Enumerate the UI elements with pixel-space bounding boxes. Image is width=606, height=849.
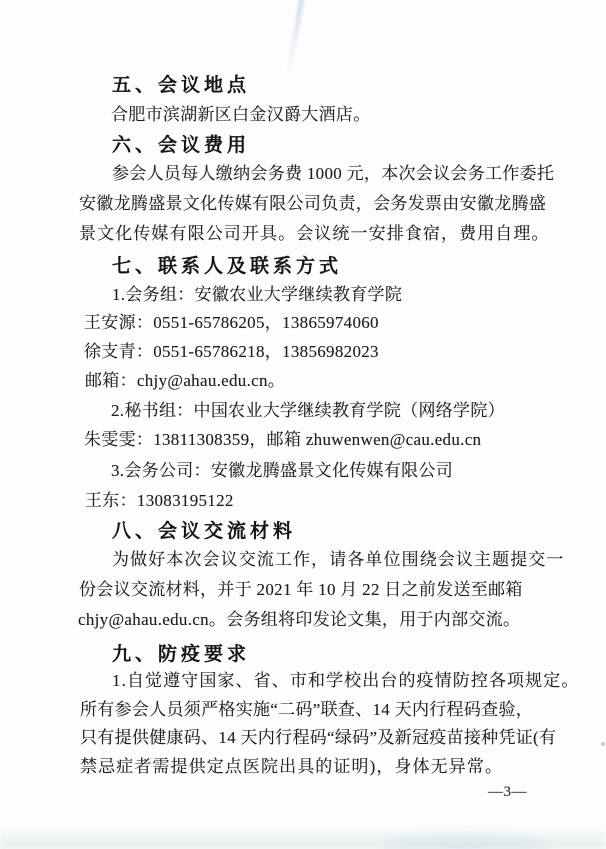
text-line: 为做好本次会议交流工作，请各单位围绕会议主题提交一 — [112, 550, 565, 570]
text-layer: 五、会议地点合肥市滨湖新区白金汉爵大酒店。六、会议费用参会人员每人缴纳会务费 1… — [0, 0, 606, 849]
text-line: 安徽龙腾盛景文化传媒有限公司负责，会务发票由安徽龙腾盛 — [79, 194, 546, 214]
text-line: 2.秘书组：中国农业大学继续教育学院（网络学院） — [111, 401, 505, 421]
section-heading: 八、会议交流材料 — [112, 522, 296, 542]
section-heading: 六、会议费用 — [112, 136, 250, 156]
document-page: 五、会议地点合肥市滨湖新区白金汉爵大酒店。六、会议费用参会人员每人缴纳会务费 1… — [0, 0, 606, 849]
scan-speck-artifact — [601, 742, 605, 746]
scan-haze-blob-artifact — [380, 835, 550, 849]
text-line: 3.会务公司：安徽龙腾盛景文化传媒有限公司 — [111, 461, 453, 481]
text-line: 王安源：0551-65786205，13865974060 — [84, 313, 379, 333]
text-line: 朱雯雯：13811308359，邮箱 zhuwenwen@cau.edu.cn — [84, 430, 481, 450]
text-line: 禁忌症者需提供定点医院出具的证明)，身体无异常。 — [80, 757, 503, 777]
text-line: 徐支青：0551-65786218，13856982023 — [84, 342, 379, 362]
text-line: 1.会务组：安徽农业大学继续教育学院 — [112, 285, 402, 305]
text-line: 1.自觉遵守国家、省、市和学校出台的疫情防控各项规定。 — [112, 671, 579, 691]
text-line: 合肥市滨湖新区白金汉爵大酒店。 — [111, 105, 371, 125]
text-line: 景文化传媒有限公司开具。会议统一安排食宿，费用自理。 — [79, 224, 550, 244]
text-line: 邮箱：chjy@ahau.edu.cn。 — [85, 371, 285, 391]
text-line: 王东：13083195122 — [85, 491, 234, 511]
section-heading: 七、联系人及联系方式 — [112, 257, 342, 277]
text-line: 只有提供健康码、14 天内行程码“绿码”及新冠疫苗接种凭证(有 — [80, 728, 556, 748]
section-heading: 五、会议地点 — [112, 76, 250, 96]
text-line: 参会人员每人缴纳会务费 1000 元，本次会议会务工作委托 — [112, 164, 554, 184]
page-number: —3— — [488, 784, 527, 801]
text-line: 份会议交流材料，并于 2021 年 10 月 22 日之前发送至邮箱 — [79, 580, 523, 600]
text-line: chjy@ahau.edu.cn。会务组将印发论文集，用于内部交流。 — [78, 610, 520, 630]
section-heading: 九、防疫要求 — [112, 645, 250, 665]
text-line: 所有参会人员须严格实施“二码”联查、14 天内行程码查验， — [80, 700, 533, 720]
